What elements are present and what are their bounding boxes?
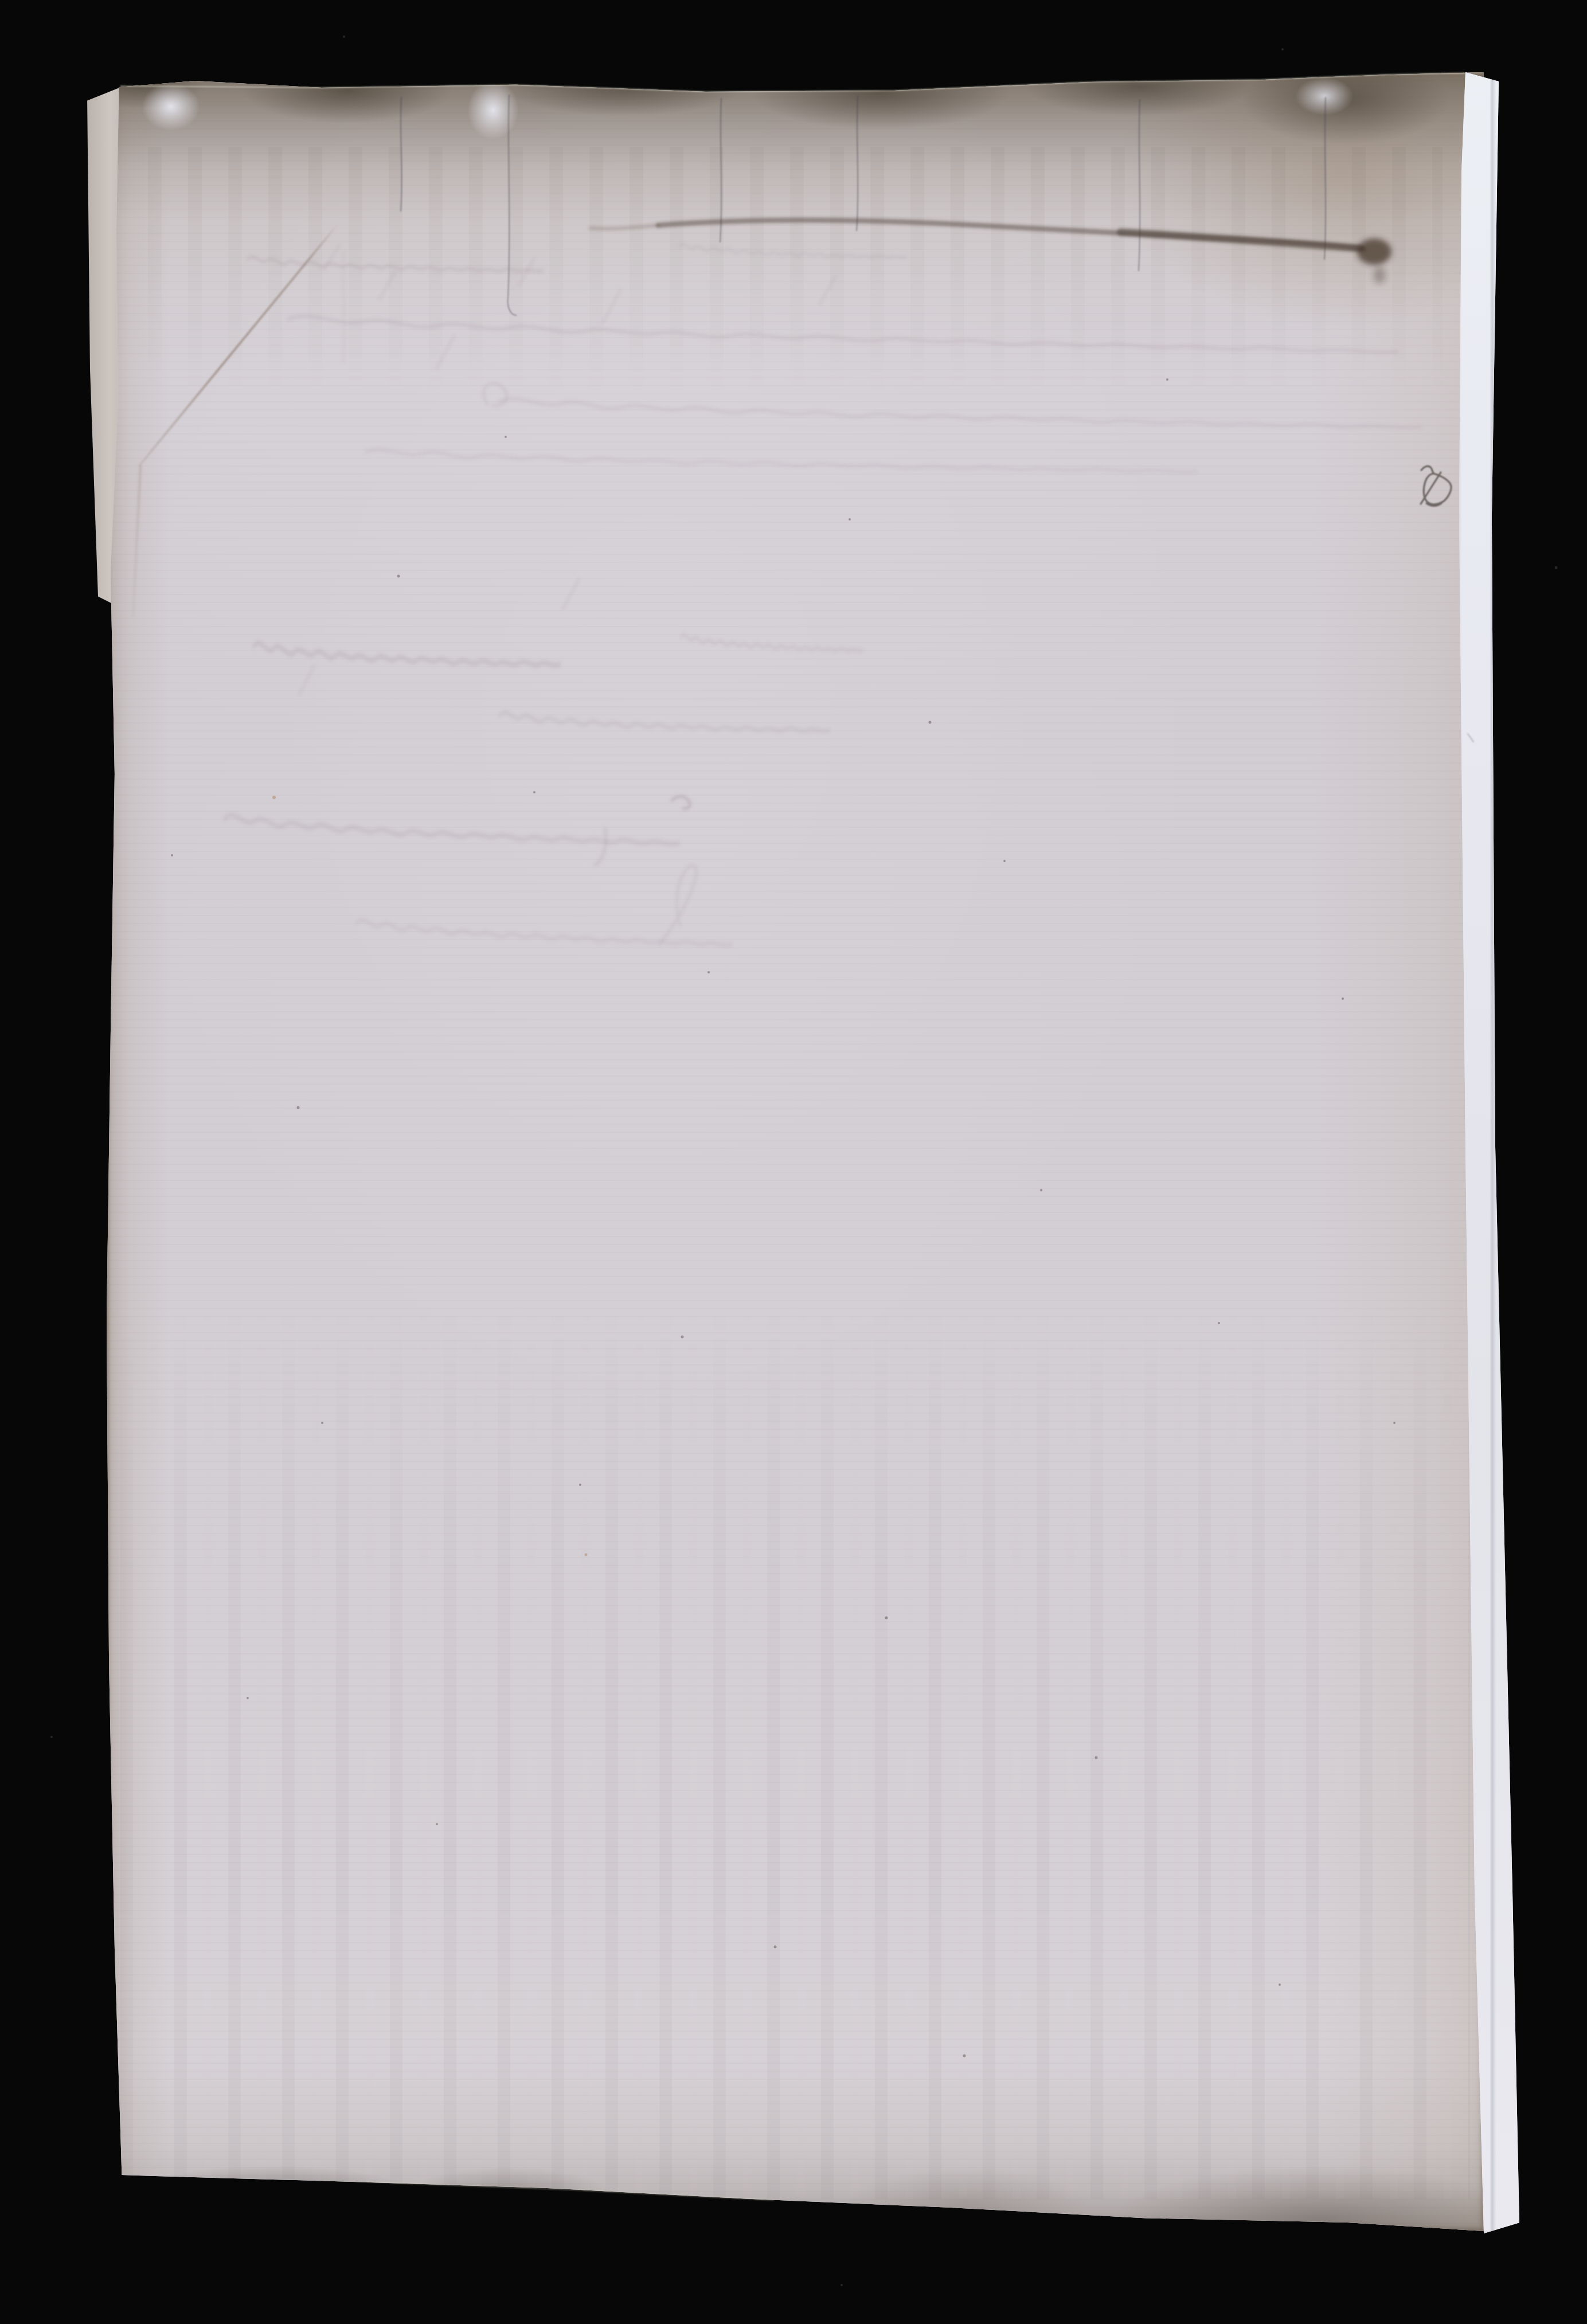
dust-speck [50,1736,53,1738]
dust-speck [1555,566,1558,569]
paper-streaks-bottom [120,1305,1470,2199]
dust-speck [343,36,345,38]
paper-streaks-top [148,147,1443,393]
dust-speck [1281,48,1284,50]
dust-speck [841,2284,843,2286]
photo-canvas [0,0,1587,2324]
manuscript-page [107,72,1484,2231]
crease-line-continuation [132,465,142,617]
